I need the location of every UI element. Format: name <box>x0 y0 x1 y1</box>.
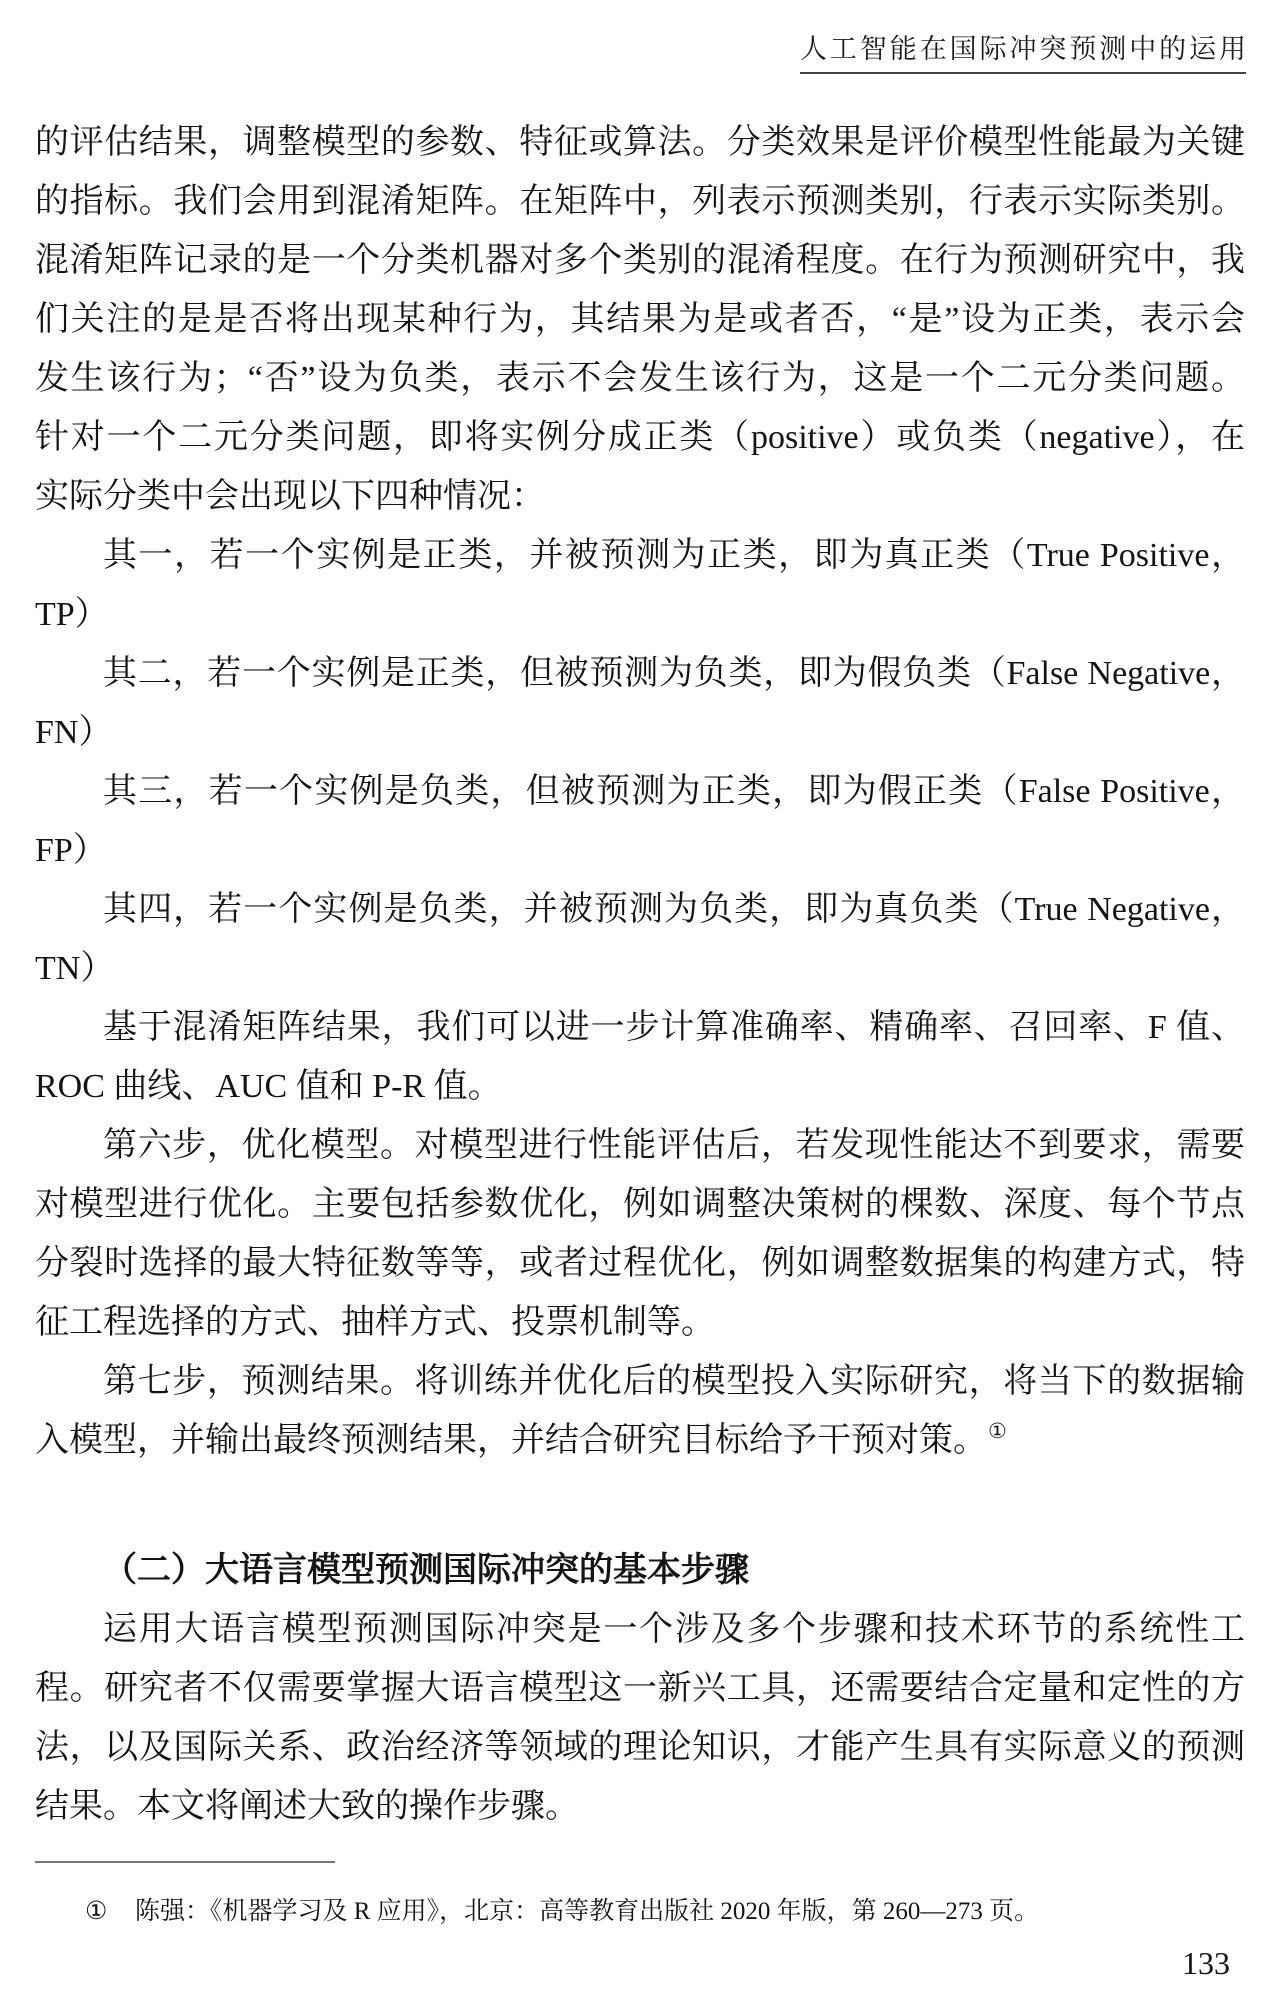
section-heading: （二）大语言模型预测国际冲突的基本步骤 <box>35 1541 1245 1600</box>
text-line-content: 入模型，并输出最终预测结果，并结合研究目标给予干预对策。 <box>35 1422 987 1459</box>
text-line: 对模型进行优化。主要包括参数优化，例如调整决策树的棵数、深度、每个节点 <box>35 1175 1245 1234</box>
text-line: 第七步，预测结果。将训练并优化后的模型投入实际研究，将当下的数据输 <box>35 1352 1245 1411</box>
body-text: 的评估结果，调整模型的参数、特征或算法。分类效果是评价模型性能最为关键 的指标。… <box>35 113 1245 1836</box>
footnote: ① 陈强：《机器学习及 R 应用》，北京：高等教育出版社 2020 年版，第 2… <box>0 1897 1280 1927</box>
page-number: 133 <box>1160 1946 1230 1980</box>
book-page: 人工智能在国际冲突预测中的运用 的评估结果，调整模型的参数、特征或算法。分类效果… <box>0 0 1280 2013</box>
text-line: 针对一个二元分类问题，即将实例分成正类（positive）或负类（negativ… <box>35 408 1245 467</box>
text-line: 分裂时选择的最大特征数等等，或者过程优化，例如调整数据集的构建方式，特 <box>35 1234 1245 1293</box>
footnote-text: 陈强：《机器学习及 R 应用》，北京：高等教育出版社 2020 年版，第 260… <box>135 1897 1039 1927</box>
footnote-reference: ① <box>988 1419 1007 1443</box>
text-line: 发生该行为；“否”设为负类，表示不会发生该行为，这是一个二元分类问题。 <box>35 349 1245 408</box>
paragraph-true-positive: 其一，若一个实例是正类，并被预测为正类，即为真正类（True Positive，… <box>35 526 1245 644</box>
paragraph-llm-steps: 运用大语言模型预测国际冲突是一个涉及多个步骤和技术环节的系统性工 程。研究者不仅… <box>35 1600 1245 1836</box>
text-line: 混淆矩阵记录的是一个分类机器对多个类别的混淆程度。在行为预测研究中，我 <box>35 231 1245 290</box>
paragraph-false-positive: 其三，若一个实例是负类，但被预测为正类，即为假正类（False Positive… <box>35 762 1245 880</box>
footnote-divider <box>35 1861 335 1863</box>
running-header-rule <box>800 72 1246 74</box>
text-line: TN） <box>35 939 1245 998</box>
text-line: 运用大语言模型预测国际冲突是一个涉及多个步骤和技术环节的系统性工 <box>35 1600 1245 1659</box>
text-line: TP） <box>35 585 1245 644</box>
paragraph-step-six: 第六步，优化模型。对模型进行性能评估后，若发现性能达不到要求，需要 对模型进行优… <box>35 1116 1245 1352</box>
text-line: 程。研究者不仅需要掌握大语言模型这一新兴工具，还需要结合定量和定性的方 <box>35 1659 1245 1718</box>
text-line: 其三，若一个实例是负类，但被预测为正类，即为假正类（False Positive… <box>35 762 1245 821</box>
text-line: 法，以及国际关系、政治经济等领域的理论知识，才能产生具有实际意义的预测 <box>35 1718 1245 1777</box>
text-line: 其四，若一个实例是负类，并被预测为负类，即为真负类（True Negative， <box>35 880 1245 939</box>
running-header-title: 人工智能在国际冲突预测中的运用 <box>800 33 1246 67</box>
text-line: 其二，若一个实例是正类，但被预测为负类，即为假负类（False Negative… <box>35 644 1245 703</box>
text-line: 征工程选择的方式、抽样方式、投票机制等。 <box>35 1293 1245 1352</box>
text-line: 的指标。我们会用到混淆矩阵。在矩阵中，列表示预测类别，行表示实际类别。 <box>35 172 1245 231</box>
text-line: 第六步，优化模型。对模型进行性能评估后，若发现性能达不到要求，需要 <box>35 1116 1245 1175</box>
text-line: 们关注的是是否将出现某种行为，其结果为是或者否，“是”设为正类，表示会 <box>35 290 1245 349</box>
text-line: FP） <box>35 821 1245 880</box>
text-line: FN） <box>35 703 1245 762</box>
paragraph-true-negative: 其四，若一个实例是负类，并被预测为负类，即为真负类（True Negative，… <box>35 880 1245 998</box>
paragraph: 的评估结果，调整模型的参数、特征或算法。分类效果是评价模型性能最为关键 的指标。… <box>35 113 1245 526</box>
text-line: 基于混淆矩阵结果，我们可以进一步计算准确率、精确率、召回率、F 值、 <box>35 998 1245 1057</box>
text-line: ROC 曲线、AUC 值和 P-R 值。 <box>35 1057 1245 1116</box>
paragraph-step-seven: 第七步，预测结果。将训练并优化后的模型投入实际研究，将当下的数据输 入模型，并输… <box>35 1352 1245 1470</box>
text-line: 入模型，并输出最终预测结果，并结合研究目标给予干预对策。① <box>35 1411 1245 1470</box>
text-line: 的评估结果，调整模型的参数、特征或算法。分类效果是评价模型性能最为关键 <box>35 113 1245 172</box>
footnote-marker: ① <box>85 1897 107 1927</box>
text-line: 实际分类中会出现以下四种情况： <box>35 467 1245 526</box>
paragraph-metrics: 基于混淆矩阵结果，我们可以进一步计算准确率、精确率、召回率、F 值、 ROC 曲… <box>35 998 1245 1116</box>
text-line: 其一，若一个实例是正类，并被预测为正类，即为真正类（True Positive， <box>35 526 1245 585</box>
paragraph-false-negative: 其二，若一个实例是正类，但被预测为负类，即为假负类（False Negative… <box>35 644 1245 762</box>
text-line: 结果。本文将阐述大致的操作步骤。 <box>35 1777 1245 1836</box>
